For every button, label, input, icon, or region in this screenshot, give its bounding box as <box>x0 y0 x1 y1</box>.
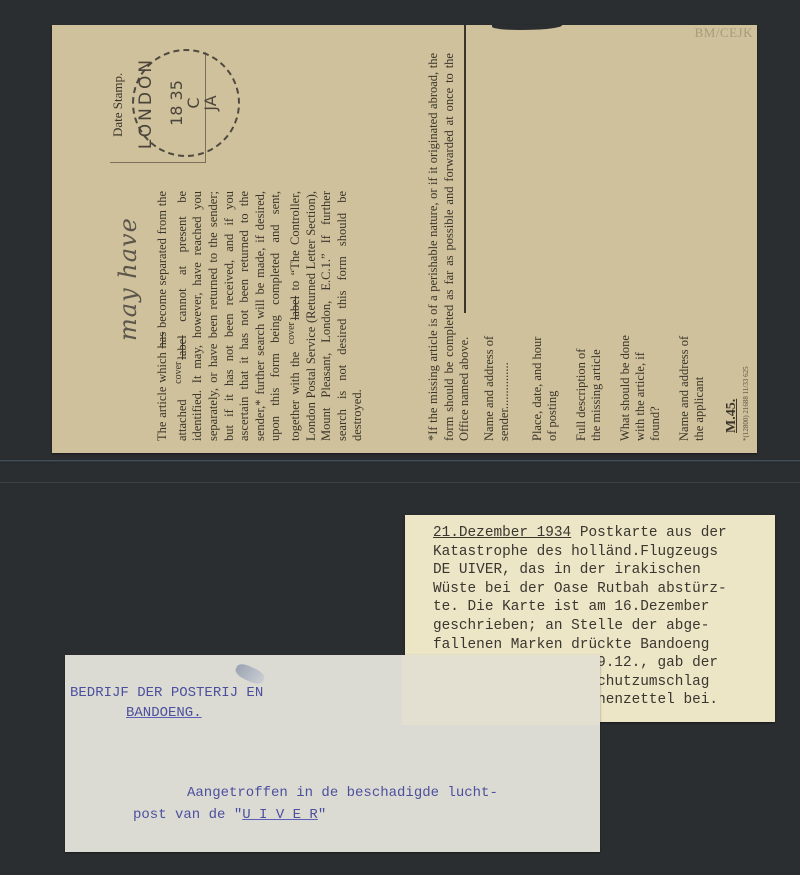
field-posting: Place, date, and hour of posting <box>530 331 560 441</box>
note-line: fallenen Marken drückte Bandoeng <box>433 637 709 653</box>
slip-body-line1: Aangetroffen in de beschadigde lucht- <box>187 785 498 801</box>
album-page-divider-line <box>0 482 800 483</box>
field-label: Full description of the missing article <box>574 349 603 441</box>
note-line: Wüste bei der Oase Rutbah abstürz- <box>433 581 727 597</box>
overlap-shadow <box>402 655 600 725</box>
postmark-city: LONDON <box>136 51 156 155</box>
field-label: What should be done with the article, if… <box>618 335 662 441</box>
london-postmark: LONDON 18 35 C JA <box>132 49 240 157</box>
struck-word: label <box>288 296 302 320</box>
text-segment: post van de " <box>133 807 242 823</box>
note-line: DE UIVER, das in der irakischen <box>433 562 701 578</box>
postmark-month: JA <box>201 95 220 110</box>
postmark-date: 18 35 C JA <box>168 51 219 155</box>
text-segment: The article which <box>155 352 169 441</box>
field-label: Name and address of the applicant <box>677 336 706 441</box>
album-page-divider <box>0 460 800 463</box>
struck-word: label <box>175 335 189 359</box>
tear-mark <box>233 661 266 686</box>
printer-imprint: *(12800) 21688 11/33 625 <box>742 366 750 441</box>
field-sender: Name and address of sender..............… <box>482 331 512 441</box>
note-line: te. Die Karte ist am 16.Dezember <box>433 599 709 615</box>
handwritten-correction: cover <box>286 322 297 344</box>
fill-in-rule <box>464 25 466 313</box>
form-instructions: The article which has become separated f… <box>155 191 376 441</box>
postmark-day: 18 <box>167 106 186 126</box>
slip-header-line1: BEDRIJF DER POSTERIJ EN <box>70 685 263 701</box>
form-code: M.45. <box>724 399 740 433</box>
note-line: geschrieben; an Stelle der abge- <box>433 618 709 634</box>
note-line: Postkarte aus der <box>571 525 726 541</box>
note-line: Katastrophe des holländ.Flugzeugs <box>433 544 718 560</box>
field-disposition: What should be done with the article, if… <box>618 331 663 441</box>
rotated-form-content: Date Stamp. LONDON 18 35 C JA may have T… <box>52 25 757 453</box>
field-applicant: Name and address of the applicant <box>677 331 707 441</box>
field-label: Name and address of sender..............… <box>482 336 511 441</box>
text-segment: cannot at present be identified. It may,… <box>175 191 302 441</box>
field-description: Full description of the missing article <box>574 331 604 441</box>
dutch-post-office-slip: BEDRIJF DER POSTERIJ EN BANDOENG. Aanget… <box>65 655 600 852</box>
note-date: 21.Dezember 1934 <box>433 525 571 541</box>
handwritten-annotation: may have <box>114 217 142 341</box>
slip-body-line2: post van de "U I V E R" <box>133 807 326 823</box>
postal-inquiry-form-m45: BM/CEJK Date Stamp. LONDON 18 35 C JA ma… <box>52 25 757 453</box>
handwritten-correction: cover <box>173 362 184 384</box>
aircraft-name: U I V E R <box>242 807 318 823</box>
field-label: Place, date, and hour of posting <box>530 337 559 441</box>
date-stamp-label: Date Stamp. <box>110 73 126 137</box>
text-segment: " <box>318 807 326 823</box>
struck-word: has <box>155 332 169 349</box>
slip-header-line2: BANDOENG. <box>126 705 202 721</box>
